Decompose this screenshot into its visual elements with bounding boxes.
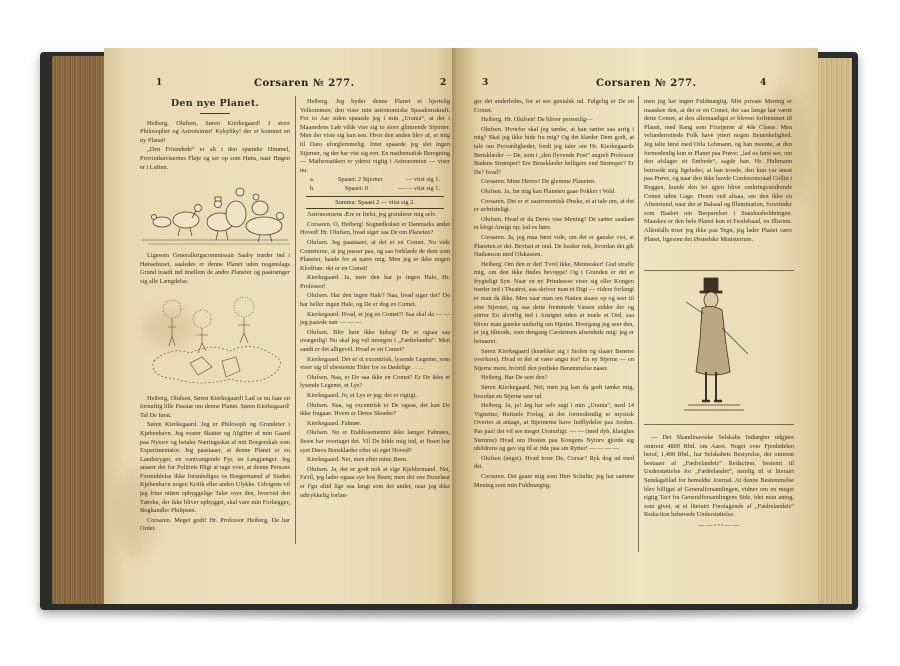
- paragraph: „Den Frisindede“ er alt i den spændte Hi…: [140, 146, 290, 172]
- paragraph: Kierkegaard. Hvad, er jeg en Comet?! Saa…: [300, 311, 450, 328]
- section-rule: [644, 424, 794, 425]
- page-number-right: 4: [760, 78, 766, 88]
- paragraph: Kierkegaard. Fahnøe.: [300, 420, 450, 429]
- calc-sum: Summa: Spaaet 2 — viist sig 2.: [300, 199, 450, 208]
- left-page-edges: [52, 56, 108, 604]
- sum-rule: [306, 208, 444, 209]
- star-figures-illustration: [140, 291, 290, 391]
- calc-row-b: b.Spaaet: 0— — viist sig 1.: [300, 185, 450, 194]
- paragraph: Kierkegaard. Nei, men efter mine Been.: [300, 456, 450, 465]
- running-head: Corsaren № 277.: [596, 78, 697, 89]
- paragraph: Heiberg, Olufsen, Søren Kierkegaard! Lad…: [140, 395, 290, 421]
- paragraph: Olufsen. Ja, det er godt nok at sige Kje…: [300, 466, 450, 500]
- paragraph: Olufsen. Naa, er De saa ikke en Comet? E…: [300, 374, 450, 391]
- right-page-edges: [812, 58, 852, 604]
- left-page-column-2: Heiberg. Jeg byder denne Planet et hjert…: [300, 98, 450, 501]
- paragraph: Corsaren. Det er et uastronomisk Ønske, …: [474, 198, 634, 215]
- hens-illustration: [140, 178, 290, 250]
- left-page-column-1: Den nye Planet. Heiberg, Olufsen, Søren …: [140, 98, 290, 535]
- page-number-left: 3: [482, 78, 488, 88]
- right-page: 3 Corsaren № 277. 4 ger det anderledes, …: [458, 48, 818, 604]
- paragraph: Olufsen. Naa, og excentrisk er De ogsaa,…: [300, 402, 450, 419]
- sum-rule: [306, 196, 444, 197]
- page-number-left: 1: [156, 78, 162, 88]
- paragraph: Olufsen (angst). Hvad troer De, Corsar? …: [474, 455, 634, 472]
- paragraph: Heiberg, Olufsen, Søren Kierkegaard! I s…: [140, 120, 290, 146]
- right-page-notice: — Det Skandinaviske Selskabs Indtægter u…: [644, 434, 794, 530]
- paragraph: Søren Kierkegaard. Nei; men jeg kan da g…: [474, 384, 634, 401]
- paragraph: Corsaren. Meget godt! Hr. Professor Heib…: [140, 517, 290, 534]
- paragraph: Kierkegaard. Det er et excentrisk, lysen…: [300, 356, 450, 373]
- paragraph: Olufsen. Nu er Etablissementet ikke læng…: [300, 429, 450, 455]
- section-rule: [644, 270, 794, 271]
- paragraph: Heiberg. Hr. Olufsen! De bliver personli…: [474, 116, 634, 125]
- paragraph: Heiberg. Har De seet den?: [474, 374, 634, 383]
- paragraph: Heiberg. Om den er det! Tvivl ikke, Menn…: [474, 261, 634, 347]
- paragraph: Kierkegaard. Jo, et Lys er jeg; det er r…: [300, 392, 450, 401]
- paragraph: Heiberg. Jeg byder denne Planet et hjert…: [300, 98, 450, 175]
- paragraph: Olufsen. Jeg paastaaer, at det er en Com…: [300, 239, 450, 273]
- paragraph: Astronomiens Ære er frelst, jeg gratuler…: [300, 211, 450, 220]
- paragraph: Olufsen. Hvad er da Deres vise Mening? D…: [474, 216, 634, 233]
- right-page-column-1: ger det anderledes, for at see genialsk …: [474, 98, 634, 491]
- paragraph: Olufsen. Hvorfor skal jeg tænke, at han …: [474, 126, 634, 178]
- paragraph: ger det anderledes, for at see genialsk …: [474, 98, 634, 115]
- paragraph: Heiberg. Ja, ja! Jeg har selv sagt i min…: [474, 402, 634, 454]
- left-page: 1 Corsaren № 277. 2 Den nye Planet. Heib…: [104, 48, 460, 604]
- paragraph: Søren Kierkegaard. Jeg er Philosoph og G…: [140, 421, 290, 516]
- notice-paragraph: — Det Skandinaviske Selskabs Indtægter u…: [644, 434, 794, 520]
- right-page-column-2: men jeg har ingen Fuldmægtig. Min privat…: [644, 98, 792, 245]
- paragraph: Corsaren. Det gaaer mig som Herr Schulin…: [474, 473, 634, 490]
- paragraph: Kierkegaard. Ja, men den har jo ingen Ha…: [300, 274, 450, 291]
- paragraph: Corsaren. O, Heiberg! Sognedkulset er Da…: [300, 221, 450, 238]
- paragraph: Olufsen. Bliv bare ikke hidsig! De er og…: [300, 329, 450, 355]
- paragraph: Corsaren. Ja, jeg maa først vide, om det…: [474, 234, 634, 260]
- paragraph: men jeg har ingen Fuldmægtig. Min privat…: [644, 98, 792, 244]
- ornament-divider: ——◦◦◦——: [644, 521, 794, 530]
- column-rule: [638, 96, 639, 552]
- illustration-caption: Ligesom Generalkrigscommissair Saaby træ…: [140, 252, 290, 286]
- gentleman-illustration: [674, 274, 754, 414]
- running-head: Corsaren № 277.: [254, 78, 355, 89]
- paragraph: Corsaren. Mine Herrer! De glemme Planete…: [474, 178, 634, 187]
- paragraph: Søren Kierkegaard (knækker sig i Stolen …: [474, 348, 634, 374]
- calc-row-a: a.Spaaet: 2 Stjerner— viist sig 1.: [300, 176, 450, 185]
- page-number-right: 2: [440, 78, 446, 88]
- article-title: Den nye Planet.: [140, 100, 290, 109]
- title-rule: [200, 113, 230, 114]
- paragraph: Olufsen. Har den ingen Hale? Naa, hvad s…: [300, 292, 450, 309]
- column-rule: [295, 96, 296, 544]
- paragraph: Olufsen. Ja, før mig kan Planeten gaae P…: [474, 188, 634, 197]
